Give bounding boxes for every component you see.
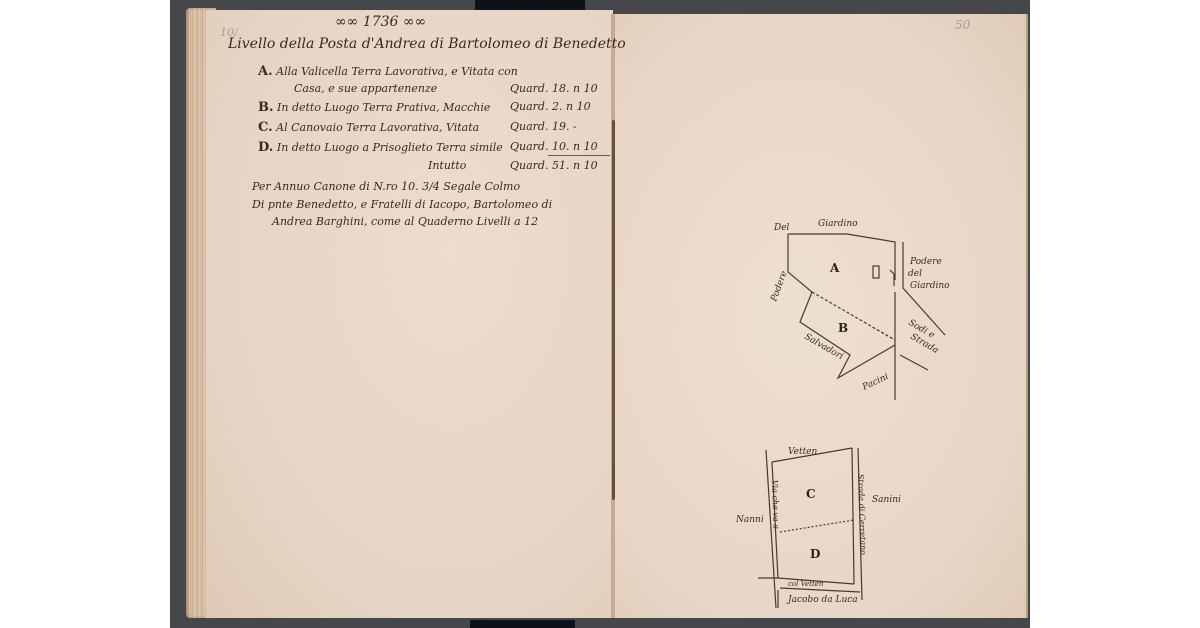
entry-c: C. Al Canovaio Terra Lavorativa, Vitata xyxy=(258,120,479,135)
svg-text:Via che va a: Via che va a xyxy=(770,480,781,530)
total-unit: Quard. xyxy=(510,159,548,172)
svg-text:B: B xyxy=(838,321,848,335)
note-canone: Per Annuo Canone di N.ro 10. 3/4 Segale … xyxy=(252,180,520,193)
entry-d: D. In detto Luogo a Prisoglieto Terra si… xyxy=(258,140,503,155)
svg-text:Giardino: Giardino xyxy=(818,219,858,229)
svg-text:Giardino: Giardino xyxy=(910,281,950,291)
scan-clip-bottom xyxy=(470,620,575,628)
gutter-binding-stain xyxy=(612,120,615,500)
svg-text:Podere: Podere xyxy=(909,257,942,267)
plot-map-cd: C D Vetten Sanini Nanni col Vetten Jacob… xyxy=(720,430,920,610)
flourish-right-icon: ∞∞ xyxy=(398,14,426,30)
entry-c-amount: 19. - xyxy=(552,120,577,133)
svg-text:D: D xyxy=(810,547,820,561)
entry-a-amount: 18. n 10 xyxy=(552,82,598,95)
svg-text:Nanni: Nanni xyxy=(735,515,764,525)
svg-text:del: del xyxy=(908,269,922,279)
note-reference: Andrea Barghini, come al Quaderno Livell… xyxy=(272,215,538,228)
note-heirs: Di pnte Benedetto, e Fratelli di Iacopo,… xyxy=(252,198,552,211)
svg-text:Podere: Podere xyxy=(769,270,790,304)
year-heading: ∞∞ 1736 ∞∞ xyxy=(335,14,426,30)
svg-text:Pacini: Pacini xyxy=(860,372,890,393)
total-rule xyxy=(548,155,610,156)
svg-text:col Vetten: col Vetten xyxy=(788,580,824,588)
svg-text:C: C xyxy=(806,487,816,501)
flourish-left-icon: ∞∞ xyxy=(335,14,363,30)
entry-b: B. In detto Luogo Terra Prativa, Macchie xyxy=(258,100,490,115)
svg-text:Vetten: Vetten xyxy=(788,447,818,457)
entry-b-unit: Quard. xyxy=(510,100,548,113)
entry-a: A. Alla Valicella Terra Lavorativa, e Vi… xyxy=(258,64,518,79)
svg-text:Strada di Cerretano: Strada di Cerretano xyxy=(856,474,868,556)
page-title: Livello della Posta d'Andrea di Bartolom… xyxy=(228,36,626,52)
entry-a-line2: Casa, e sue appartenenze xyxy=(294,82,437,95)
entry-c-unit: Quard. xyxy=(510,120,548,133)
entry-a-unit: Quard. xyxy=(510,82,548,95)
svg-text:A: A xyxy=(829,261,840,275)
plot-map-ab: A B Del Giardino Podere del Giardino Sod… xyxy=(760,210,960,400)
svg-text:Sanini: Sanini xyxy=(872,495,901,505)
svg-text:Del: Del xyxy=(773,223,790,233)
svg-text:Jacobo da Luca: Jacobo da Luca xyxy=(786,595,858,605)
entry-d-unit: Quard. xyxy=(510,140,548,153)
total-amount: 51. n 10 xyxy=(552,159,598,172)
folio-mark-right: 50 xyxy=(955,18,970,32)
entry-b-amount: 2. n 10 xyxy=(552,100,591,113)
total-label: Intutto xyxy=(428,159,466,172)
entry-d-amount: 10. n 10 xyxy=(552,140,598,153)
